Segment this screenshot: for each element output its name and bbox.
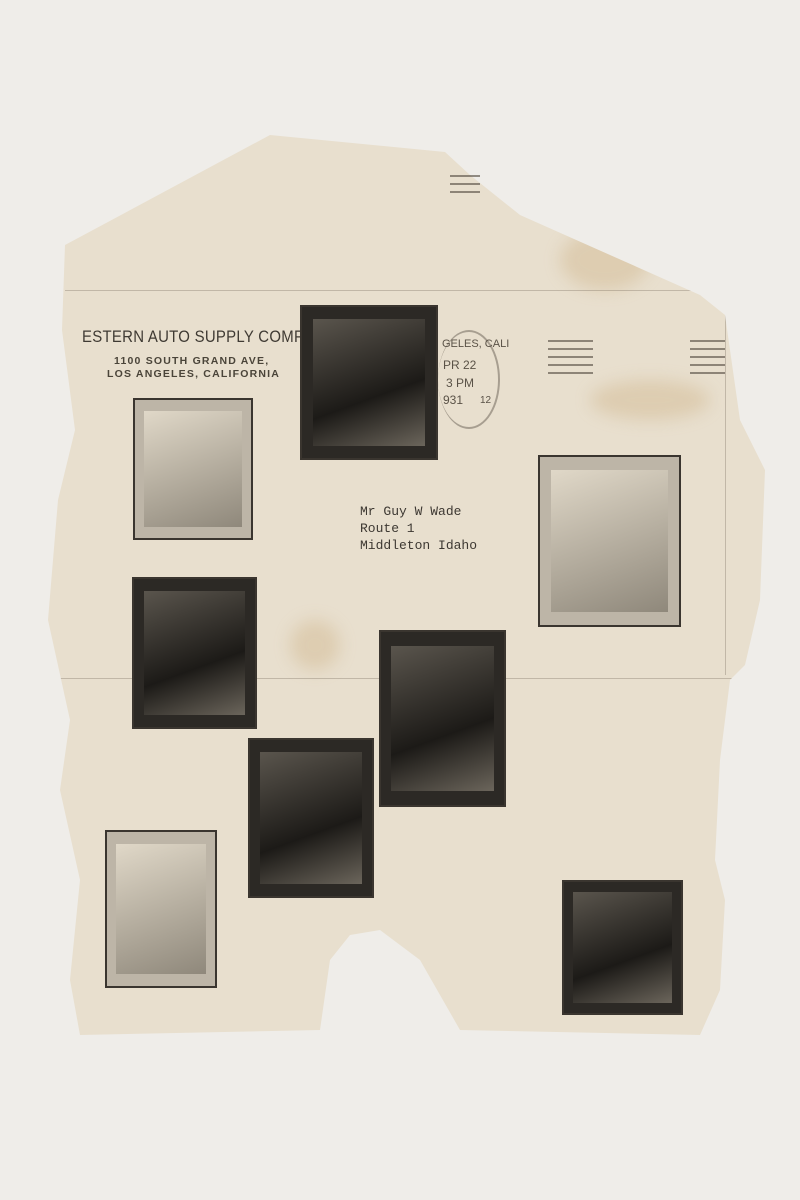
sketch-two-figures (248, 738, 374, 898)
sketch-dark-figure (379, 630, 506, 807)
cancel-lines (548, 340, 593, 380)
cancel-lines (690, 340, 725, 380)
stain (560, 230, 650, 290)
postmark-date: PR 22 (443, 358, 476, 372)
postmark-side: 12 (480, 395, 491, 406)
fold-line (725, 295, 726, 675)
stain (590, 380, 710, 420)
return-street: 1100 SOUTH GRAND AVE, (114, 355, 269, 367)
sketch-buildings (133, 398, 253, 540)
recipient-city: Middleton Idaho (360, 537, 477, 554)
stain (290, 620, 340, 670)
postmark-year: 931 (443, 393, 463, 407)
postmark-time: 3 PM (446, 376, 474, 390)
recipient-address: Mr Guy W Wade Route 1 Middleton Idaho (360, 503, 477, 554)
postmark-city: GELES, CALI (442, 338, 509, 350)
cancel-lines (450, 175, 480, 199)
sketch-dark-interior (562, 880, 683, 1015)
sketch-ovals (105, 830, 217, 988)
sketch-figure-doorway (300, 305, 438, 460)
envelope: ESTERN AUTO SUPPLY COMPANY 1100 SOUTH GR… (0, 0, 800, 1200)
sketch-interior-figure (132, 577, 257, 729)
fold-line (65, 290, 725, 291)
return-city: LOS ANGELES, CALIFORNIA (107, 368, 280, 380)
return-company: ESTERN AUTO SUPPLY COMPANY (82, 327, 335, 347)
recipient-route: Route 1 (360, 520, 477, 537)
sketch-house (538, 455, 681, 627)
recipient-name: Mr Guy W Wade (360, 503, 477, 520)
